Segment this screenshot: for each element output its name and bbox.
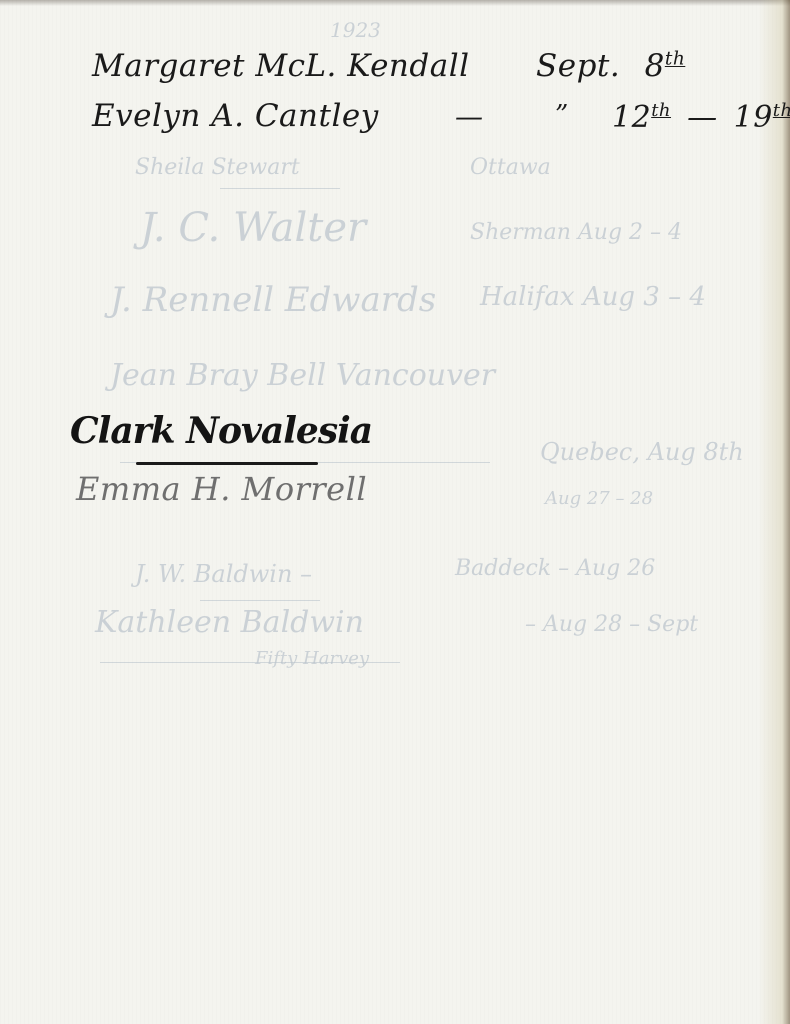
- date-to: 19: [734, 100, 773, 135]
- guest-name: Evelyn A. Cantley: [92, 98, 379, 134]
- guest-name: Emma H. Morrell: [76, 470, 367, 508]
- ghost-place: Baddeck – Aug 26: [455, 556, 655, 581]
- guest-book-page: 1923 Sheila Stewart Ottawa J. C. Walter …: [0, 0, 790, 1024]
- guest-signature: Clark Novalesia: [70, 410, 372, 452]
- ghost-name: Fifty Harvey: [255, 648, 369, 669]
- ghost-place: Ottawa: [470, 155, 551, 180]
- dash: —: [455, 100, 484, 133]
- ditto-mark: ”: [555, 100, 569, 130]
- ghost-underline: [220, 188, 340, 189]
- date-from-suffix: th: [651, 100, 671, 121]
- date-month: Sept.: [536, 48, 620, 84]
- ghost-place: Sherman Aug 2 – 4: [470, 220, 682, 245]
- date-day: 8: [645, 48, 665, 84]
- ghost-name: J. Rennell Edwards: [110, 280, 436, 320]
- date-to-suffix: th: [773, 100, 790, 121]
- ghost-place: Quebec, Aug 8th: [540, 438, 744, 466]
- ghost-date: – Aug 28 – Sept: [525, 612, 698, 637]
- ghost-underline: [100, 662, 400, 663]
- ghost-name: Sheila Stewart: [135, 155, 300, 180]
- ghost-name: Kathleen Baldwin: [95, 605, 364, 640]
- visit-date: Sept. 8th: [536, 48, 685, 84]
- signature-underline: [136, 462, 318, 465]
- date-from: 12: [612, 100, 651, 135]
- ghost-date: Aug 27 – 28: [545, 488, 653, 509]
- ghost-name: J. W. Baldwin –: [135, 560, 312, 588]
- ghost-underline: [200, 600, 320, 601]
- ghost-place: Halifax Aug 3 – 4: [480, 282, 706, 312]
- guest-name: Margaret McL. Kendall: [92, 48, 470, 84]
- range-dash: —: [687, 100, 718, 135]
- date-suffix: th: [665, 49, 685, 70]
- visit-date-range: 12th — 19th: [612, 100, 790, 135]
- ghost-name: Jean Bray Bell Vancouver: [110, 358, 495, 393]
- ghost-name: J. C. Walter: [140, 205, 366, 251]
- ghost-year: 1923: [330, 18, 381, 42]
